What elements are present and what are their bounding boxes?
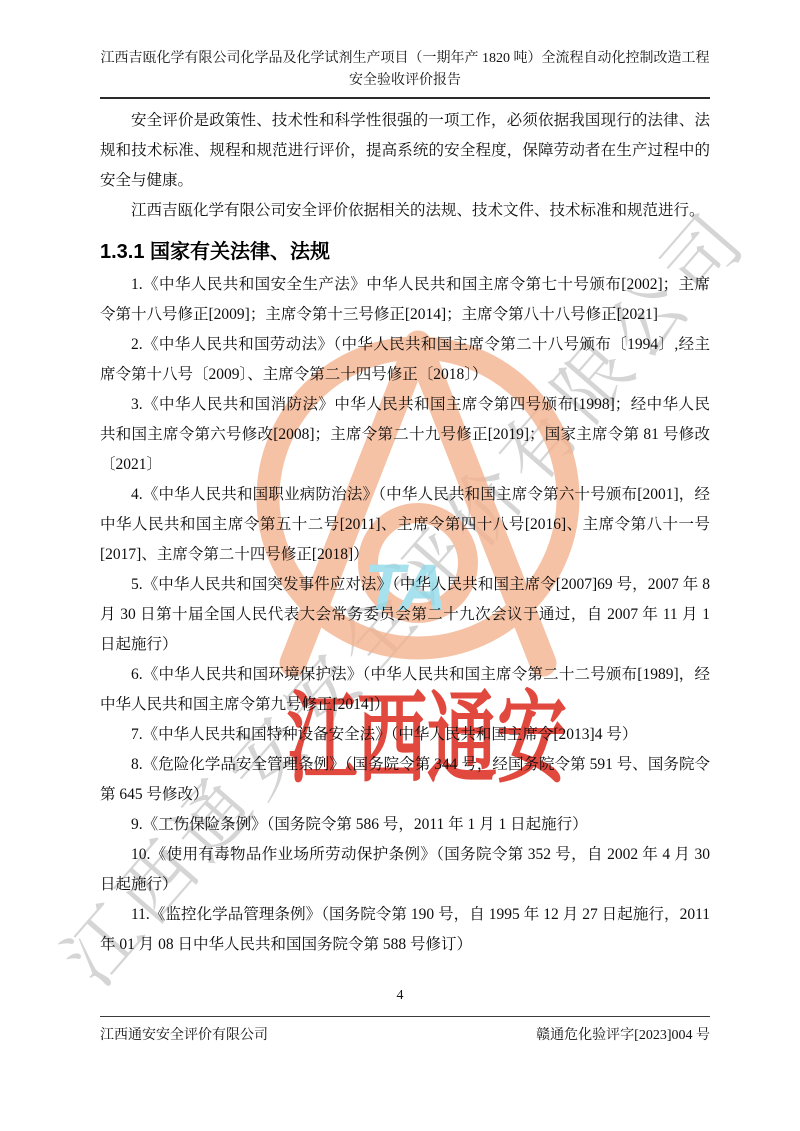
section-heading: 1.3.1 国家有关法律、法规 <box>100 235 710 264</box>
law-item: 2.《中华人民共和国劳动法》（中华人民共和国主席令第二十八号颁布〔1994〕,经… <box>100 330 710 390</box>
report-page: 江西通安安全评价有限公司 TA 江西通安 江西吉瓯化学有限公司化学品及化学试剂生… <box>0 0 800 1131</box>
paragraph: 江西吉瓯化学有限公司安全评价依据相关的法规、技术文件、技术标准和规范进行。 <box>100 196 710 226</box>
law-item: 3.《中华人民共和国消防法》中华人民共和国主席令第四号颁布[1998]；经中华人… <box>100 390 710 480</box>
law-item: 9.《工伤保险条例》（国务院令第 586 号，2011 年 1 月 1 日起施行… <box>100 810 710 840</box>
footer-company-name: 江西通安安全评价有限公司 <box>100 1024 268 1044</box>
law-item: 6.《中华人民共和国环境保护法》（中华人民共和国主席令第二十二号颁布[1989]… <box>100 660 710 720</box>
paragraph: 安全评价是政策性、技术性和科学性很强的一项工作，必须依据我国现行的法律、法规和技… <box>100 106 710 196</box>
law-item: 7.《中华人民共和国特种设备安全法》（中华人民共和国主席令[2013]4 号） <box>100 720 710 750</box>
page-number: 4 <box>0 988 800 1004</box>
document-body: 安全评价是政策性、技术性和科学性很强的一项工作，必须依据我国现行的法律、法规和技… <box>100 106 710 960</box>
header-title-line2: 安全验收评价报告 <box>100 70 710 92</box>
law-item: 8.《危险化学品安全管理条例》（国务院令第 344 号，经国务院令第 591 号… <box>100 750 710 810</box>
header-title-line1: 江西吉瓯化学有限公司化学品及化学试剂生产项目（一期年产 1820 吨）全流程自动… <box>100 48 710 70</box>
law-item: 1.《中华人民共和国安全生产法》中华人民共和国主席令第七十号颁布[2002]；主… <box>100 270 710 330</box>
law-item: 5.《中华人民共和国突发事件应对法》（中华人民共和国主席令[2007]69 号，… <box>100 570 710 660</box>
law-item: 4.《中华人民共和国职业病防治法》（中华人民共和国主席令第六十号颁布[2001]… <box>100 480 710 570</box>
law-item: 10.《使用有毒物品作业场所劳动保护条例》（国务院令第 352 号，自 2002… <box>100 840 710 900</box>
document-header: 江西吉瓯化学有限公司化学品及化学试剂生产项目（一期年产 1820 吨）全流程自动… <box>100 48 710 99</box>
footer-document-code: 赣通危化验评字[2023]004 号 <box>536 1024 710 1044</box>
law-item: 11.《监控化学品管理条例》（国务院令第 190 号，自 1995 年 12 月… <box>100 900 710 960</box>
document-footer: 江西通安安全评价有限公司 赣通危化验评字[2023]004 号 <box>100 1016 710 1044</box>
document-content: 江西吉瓯化学有限公司化学品及化学试剂生产项目（一期年产 1820 吨）全流程自动… <box>100 48 710 960</box>
